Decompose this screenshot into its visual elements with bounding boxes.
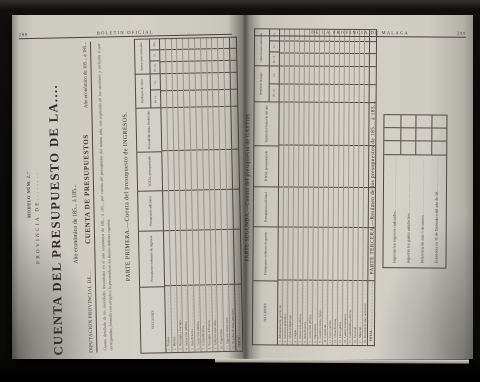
parte-tercera-heading: PARTE TERCERA.—Resúmen de los presupuest… [369, 29, 377, 346]
column-header: Presupuesto adicional [138, 192, 163, 232]
economic-year-label: Año económico de 185... á 185... [83, 42, 89, 108]
empty-amount-cell [230, 49, 236, 61]
left-header-spacer [198, 33, 232, 34]
summary-labels: Importan los ingresos realizadosImportan… [383, 155, 446, 267]
summary-value-cell [400, 128, 416, 141]
empty-amount-cell [231, 89, 237, 106]
table-body: 1.Propios2.Montes3.Portazgos y barcajes4… [160, 37, 244, 354]
row-number: 8. [208, 347, 212, 349]
column-header: Recaudado hasta fin del año [136, 108, 161, 152]
diputacion-label: DIPUTACION PROVINCIAL DE.... [88, 270, 95, 353]
summary-value-cell [384, 115, 400, 128]
column-header: Presupuesto adicional [254, 188, 278, 228]
table-body: 1.Administración provincial2.Servicios g… [278, 28, 377, 346]
summary-value-cell [400, 115, 416, 128]
column-subheader-row: Rs. vn.Cs. [269, 66, 279, 101]
right-page-surface: DE LA PROVINCIA DE MALAGA 209 PARTE SEGU… [242, 14, 474, 360]
empty-amount-cell [234, 229, 241, 285]
row-number: 9. [213, 347, 217, 349]
column-header: Satisfecho hasta fin del año [254, 102, 278, 146]
right-page: DE LA PROVINCIA DE MALAGA 209 PARTE SEGU… [243, 15, 473, 359]
economic-year-line: Año económico de 185... á 185... [70, 93, 81, 355]
summary-value-cell [415, 115, 431, 128]
summary-row-label: Importan los gastos satisfechos [405, 157, 411, 263]
column-subheader: Obs. [270, 29, 279, 41]
column-group-label: Pendiente de cobro [136, 74, 151, 107]
province-line: PROVINCIA DE........ [35, 171, 42, 264]
summary-value-cell [431, 116, 447, 129]
summary-value-grid [384, 115, 446, 155]
summary-row-label: Diferencia de más ó de menos [419, 157, 425, 263]
left-page-surface: 208 BOLETIN OFICIAL MODELO NÚM. 2.° PROV… [8, 13, 246, 362]
empty-amount-cell [231, 72, 237, 89]
summary-value-cell [431, 129, 447, 142]
summary-value-cell [431, 142, 447, 155]
row-number: 7. [202, 347, 206, 349]
empty-amount-cell [230, 38, 236, 49]
column-subheader: Rs. vn. [151, 91, 160, 108]
budget-form-ingresos: MODELO NÚM. 2.° PROVINCIA DE........ CUE… [23, 37, 244, 356]
empty-amount-cell [231, 106, 238, 150]
parte-primera-heading: PARTE PRIMERA.—Cuenta del presupuesto de… [121, 39, 134, 354]
book-spread: 208 BOLETIN OFICIAL MODELO NÚM. 2.° PROV… [12, 15, 473, 359]
column-subheader: Cs. [151, 74, 160, 91]
column-subheader-row: Rs. vn.Cs.Obs. [149, 39, 160, 73]
summary-row-label: Importan los ingresos realizados [391, 157, 397, 263]
cuenta-presupuestos-label: CUENTA DE PRESUPUESTOS [82, 134, 92, 244]
form-subheader: DIPUTACION PROVINCIAL DE.... CUENTA DE P… [80, 42, 98, 353]
column-subheader-row: Rs. vn.Cs.Obs. [269, 29, 279, 65]
column-header: TOTAL presupuestado [254, 146, 278, 188]
column-header: Presupuesto ordinario de ingresos [139, 231, 164, 287]
ingresos-table: SECCIONESPresupuesto ordinario de ingres… [134, 37, 244, 354]
column-header-group: Pendiente de cobroRs. vn.Cs. [136, 74, 161, 108]
column-subheader: Rs. vn. [270, 84, 279, 102]
summary-value-cell [415, 128, 431, 141]
column-subheader: Rs. vn. [270, 53, 279, 66]
column-header: Presupuesto ordinario de gastos [253, 227, 277, 281]
row-label: TOTAL [236, 285, 241, 347]
summary-row-label: Existencia en 31 de Diciembre del año de… [433, 158, 439, 264]
scanned-book-photo: 208 BOLETIN OFICIAL MODELO NÚM. 2.° PROV… [0, 0, 480, 382]
column-subheader-row: Rs. vn.Cs. [150, 74, 161, 107]
parte-segunda-heading: PARTE SEGUNDA.—Cuenta del presupuesto de… [244, 28, 252, 345]
form-main-title: CUENTA DEL PRESUPUESTO DE LA.... [46, 93, 66, 355]
resumen-summary-box: Importan los ingresos realizadosImportan… [382, 114, 447, 268]
column-header-group: Operaciones realizadasRs. vn.Cs.Obs. [255, 29, 279, 66]
left-running-title: BOLETIN OFICIAL [53, 28, 198, 36]
column-header-secciones: SECCIONES [140, 287, 165, 353]
summary-value-cell [384, 128, 400, 141]
left-page-number: 208 [19, 32, 53, 38]
form-intro-paragraph: Cuenta detallada de las cantidades recau… [96, 43, 115, 350]
budget-form-gastos: PARTE SEGUNDA.—Cuenta del presupuesto de… [244, 28, 459, 346]
empty-amount-cell [230, 61, 236, 73]
column-subheader: Obs. [150, 39, 159, 50]
empty-amount-cell [232, 150, 239, 190]
summary-value-cell [415, 141, 431, 154]
left-page: 208 BOLETIN OFICIAL MODELO NÚM. 2.° PROV… [12, 15, 243, 359]
table-header-row: SECCIONESPresupuesto ordinario de gastos… [252, 28, 280, 345]
column-subheader: Cs. [270, 66, 279, 84]
column-group-label: Operaciones realizadas [255, 29, 269, 65]
column-subheader: Cs. [270, 41, 279, 53]
column-group-label: Pendiente de pago [255, 66, 269, 101]
empty-amount-cell [233, 190, 240, 230]
summary-value-cell [400, 141, 416, 154]
column-subheader: Cs. [150, 50, 159, 62]
column-group-label: Operaciones realizadas [135, 40, 150, 74]
column-subheader: Rs. vn. [150, 62, 159, 74]
column-header-secciones: SECCIONES [253, 281, 277, 345]
column-header-group: Operaciones realizadasRs. vn.Cs.Obs. [135, 39, 160, 74]
column-header: TOTAL presupuestado [137, 152, 162, 192]
gastos-table: SECCIONESPresupuesto ordinario de gastos… [252, 28, 363, 346]
column-header-group: Pendiente de pagoRs. vn.Cs. [255, 66, 279, 102]
summary-value-cell [384, 141, 400, 154]
model-number-label: MODELO NÚM. 2.° [26, 172, 32, 218]
